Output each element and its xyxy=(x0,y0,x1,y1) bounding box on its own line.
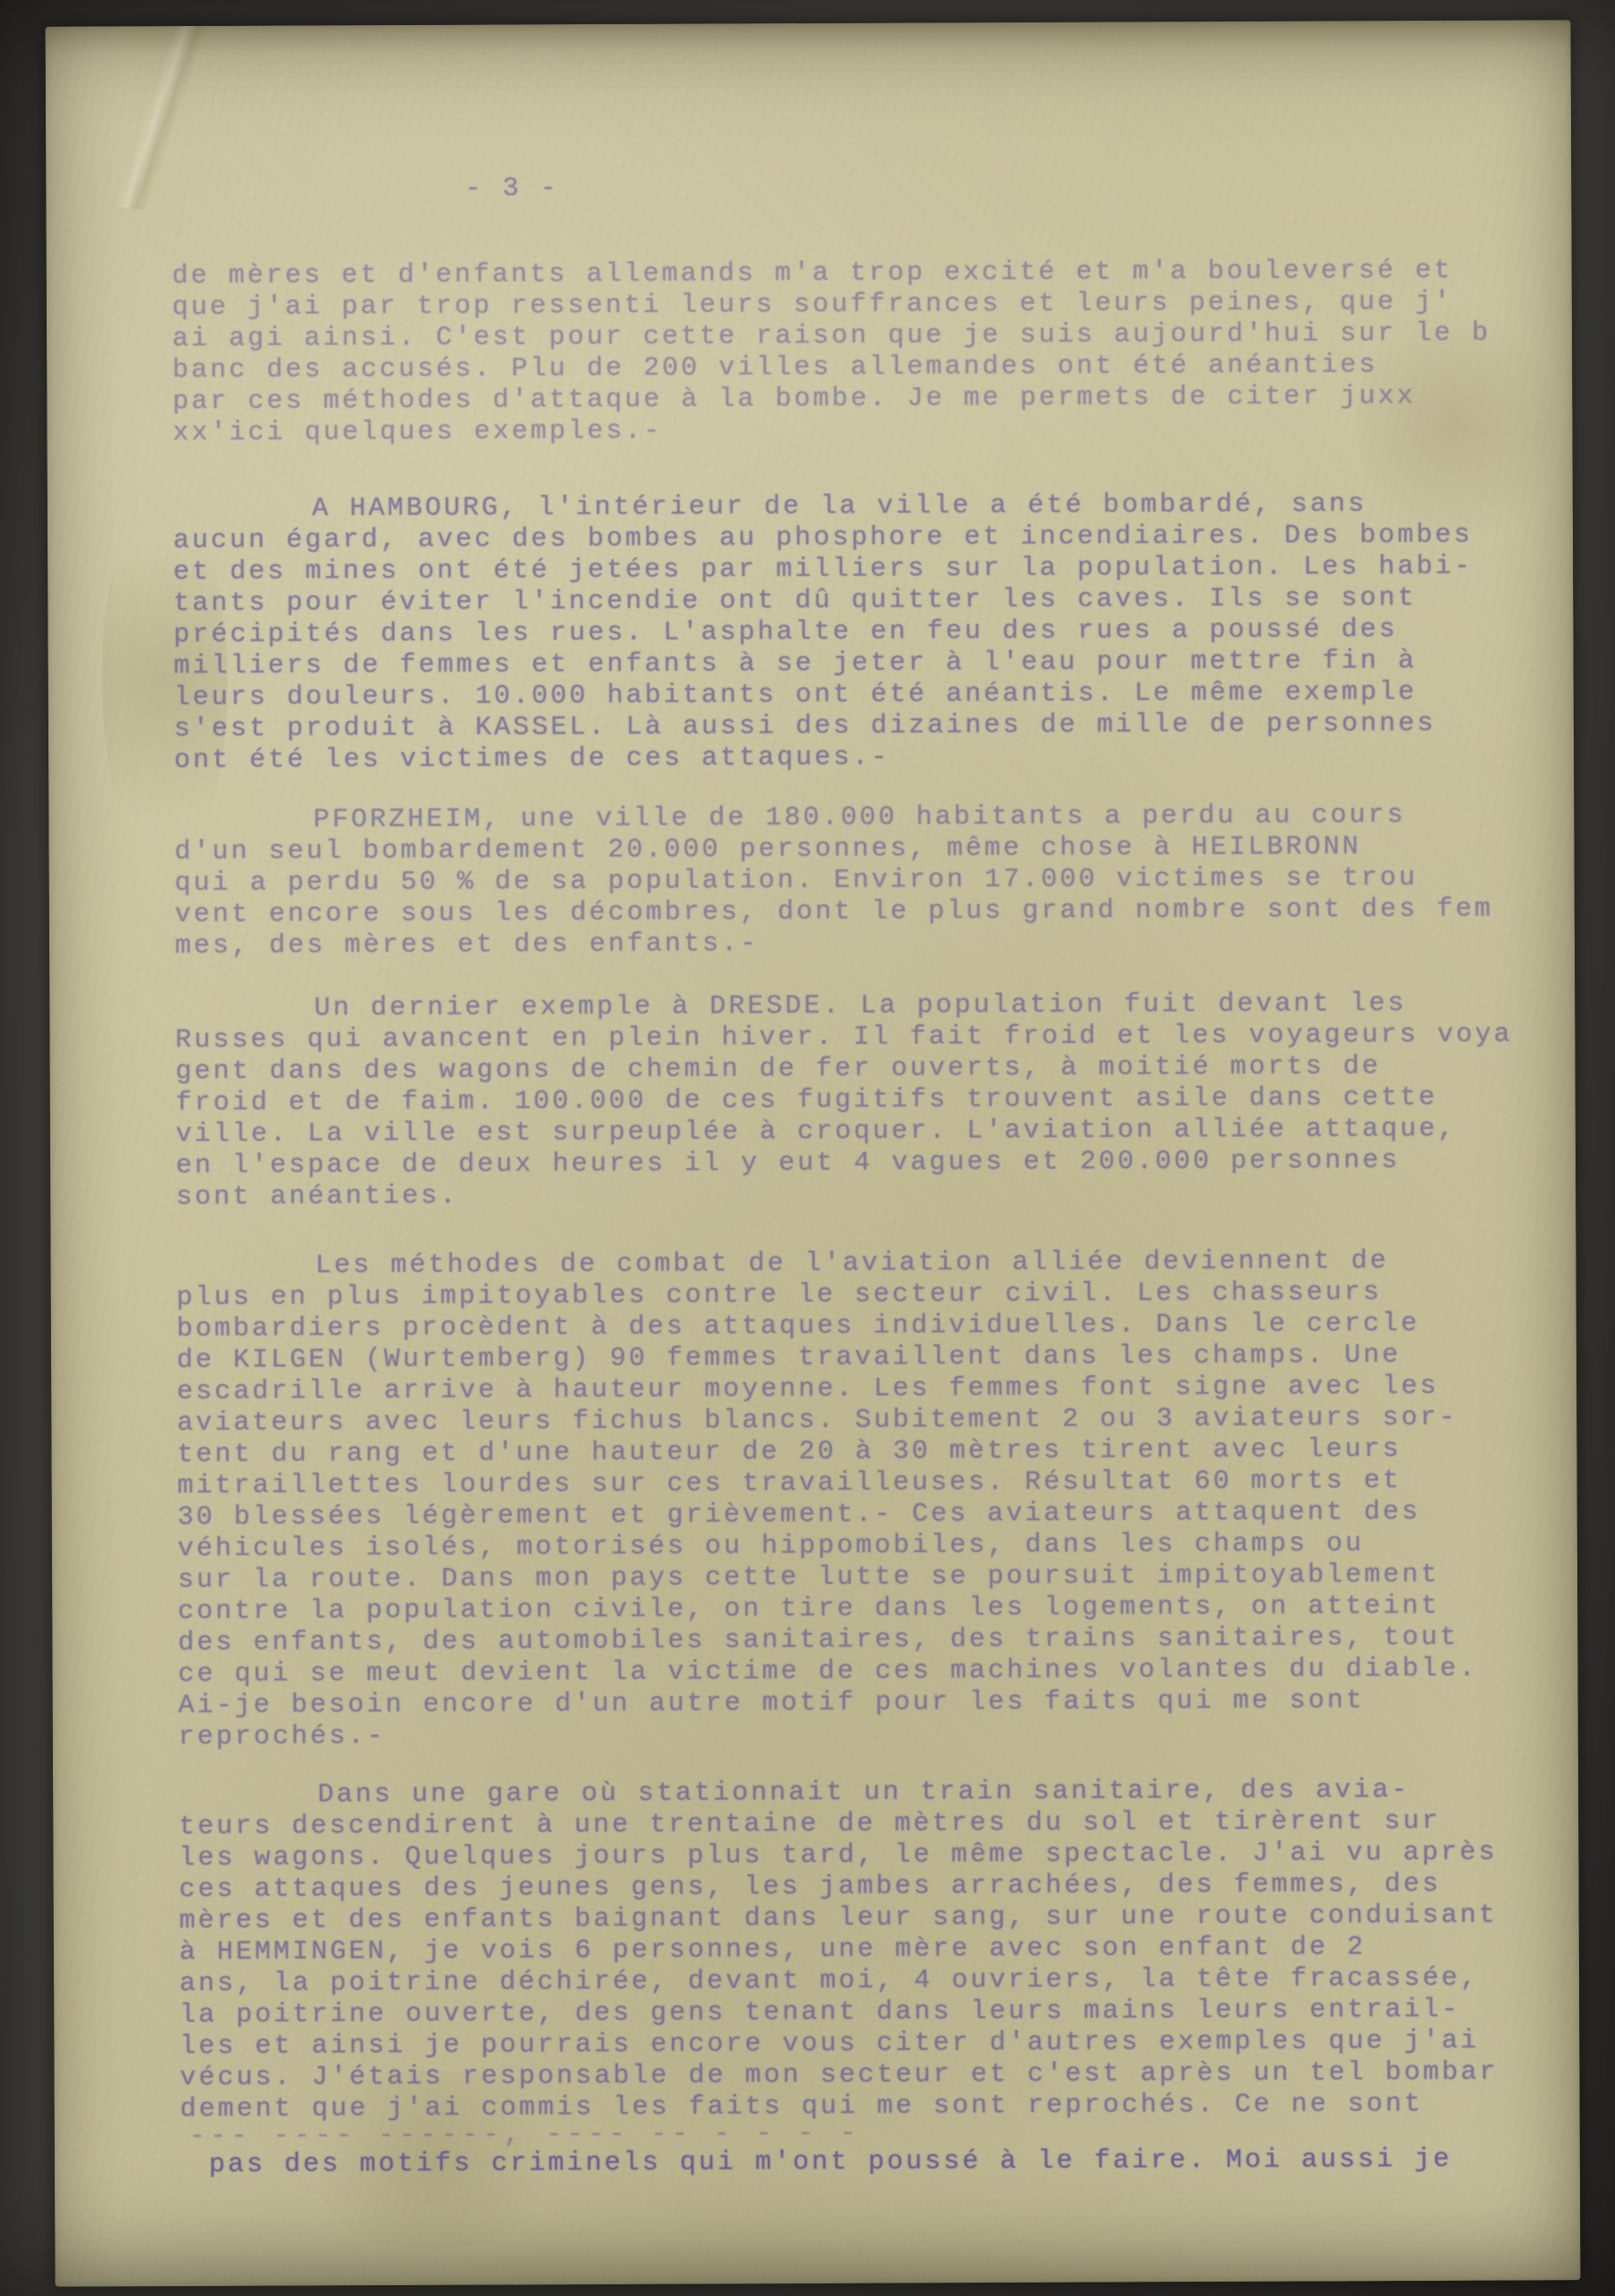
paragraph: Les méthodes de combat de l'aviation all… xyxy=(176,1245,1580,1753)
page-number: - 3 - xyxy=(465,173,559,204)
fold-crease xyxy=(103,20,217,217)
text-line: xx'ici quelques exemples.- xyxy=(172,412,1580,449)
text-line: ont été les victimes de ces attaques.- xyxy=(174,739,1580,777)
text-line: PFORZHEIM, une ville de 180.000 habitant… xyxy=(174,799,1580,837)
text-line: mes, des mères et des enfants.- xyxy=(175,925,1581,962)
text-line: en l'espace de deux heures il y eut 4 va… xyxy=(176,1144,1581,1182)
text-line: par ces méthodes d'attaque à la bombe. J… xyxy=(172,380,1580,418)
paragraph: Dans une gare où stationnait un train sa… xyxy=(178,1774,1580,2126)
scan-background: - 3 - de mères et d'enfants allemands m'… xyxy=(0,0,1615,2296)
paragraph: Un dernier exemple à DRESDE. La populati… xyxy=(175,987,1580,1213)
document-page: - 3 - de mères et d'enfants allemands m'… xyxy=(46,20,1581,2286)
text-line: ce qui se meut devient la victime de ces… xyxy=(178,1653,1580,1691)
text-line: mères et des enfants baignant dans leur … xyxy=(179,1900,1581,1937)
text-line: s'est produit à KASSEL. Là aussi des diz… xyxy=(174,708,1581,745)
top-edge-shading xyxy=(46,20,1571,58)
paragraph: PFORZHEIM, une ville de 180.000 habitant… xyxy=(174,799,1580,962)
paragraph: de mères et d'enfants allemands m'a trop… xyxy=(172,255,1581,449)
text-line: vent encore sous les décombres, dont le … xyxy=(175,893,1581,931)
text-line: 30 blessées légèrement et grièvement.- C… xyxy=(178,1496,1581,1534)
paragraph: A HAMBOURG, l'intérieur de la ville a ét… xyxy=(173,488,1581,777)
text-line: pas des motifs criminels qui m'ont pouss… xyxy=(209,2144,1452,2181)
text-line: sont anéanties. xyxy=(176,1176,1580,1213)
text-line: reprochés.- xyxy=(178,1716,1581,1753)
